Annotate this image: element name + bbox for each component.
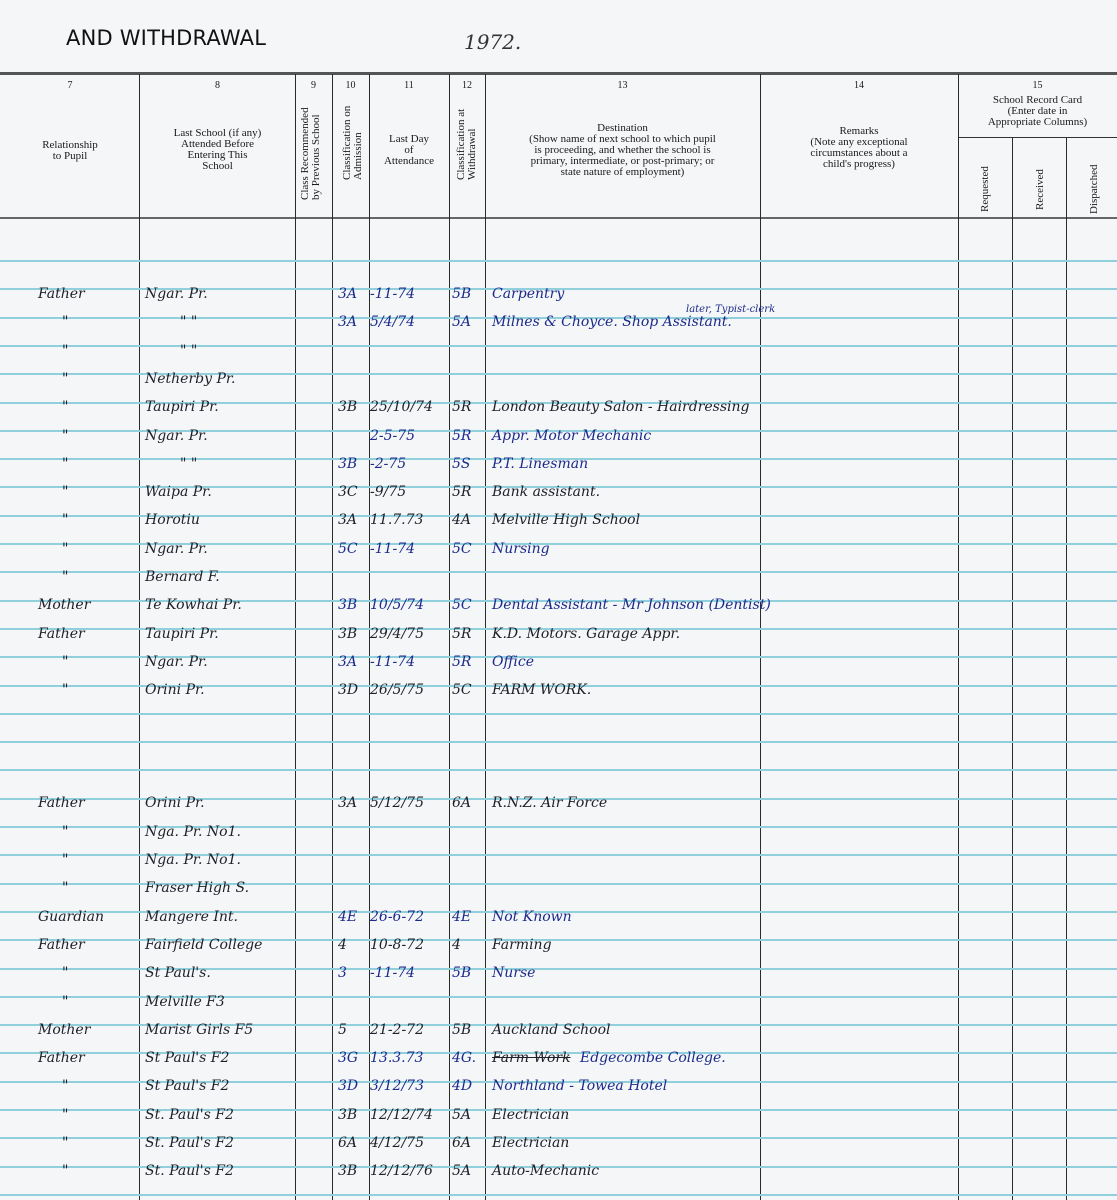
cell-admission: 3A — [338, 314, 357, 330]
cell-destination: K.D. Motors. Garage Appr. — [492, 626, 680, 642]
col-13-number: 13 — [485, 80, 760, 91]
cell-last-school: Melville F3 — [145, 994, 225, 1010]
ruled-line — [0, 260, 1117, 262]
cell-last-school: Orini Pr. — [145, 795, 205, 811]
cell-admission: 3B — [338, 456, 357, 472]
cell-admission: 5C — [338, 541, 358, 557]
cell-relationship: " — [62, 1078, 68, 1094]
header-class-recommended: Class Recommendedby Previous School — [300, 107, 322, 200]
cell-destination: Nursing — [492, 541, 550, 557]
ruled-line — [0, 713, 1117, 715]
cell-admission: 3A — [338, 654, 357, 670]
cell-relationship: " — [62, 541, 68, 557]
ruled-line — [0, 345, 1117, 347]
col-12-number: 12 — [449, 80, 485, 91]
cell-relationship: " — [62, 1107, 68, 1123]
cell-admission: 5 — [338, 1022, 347, 1038]
cell-last-school: Mangere Int. — [145, 909, 238, 925]
cell-last-day: 11.7.73 — [370, 512, 423, 528]
cell-relationship: " — [62, 371, 68, 387]
cell-last-day: 12/12/76 — [370, 1163, 433, 1179]
cell-destination: Farming — [492, 937, 552, 953]
cell-withdrawal: 4 — [452, 937, 461, 953]
header-last-day: Last DayofAttendance — [369, 134, 449, 167]
cell-last-day: -11-74 — [370, 965, 415, 981]
cell-destination: Carpentry — [492, 286, 564, 302]
cell-last-day: 13.3.73 — [370, 1050, 423, 1066]
cell-admission: 3B — [338, 1163, 357, 1179]
cell-admission: 3A — [338, 512, 357, 528]
cell-withdrawal: 5R — [452, 626, 471, 642]
cell-last-school: Taupiri Pr. — [145, 626, 219, 642]
cell-destination: Appr. Motor Mechanic — [492, 428, 651, 444]
cell-withdrawal: 5R — [452, 428, 471, 444]
cell-last-school: Marist Girls F5 — [145, 1022, 253, 1038]
register-page: AND WITHDRAWAL 1972. 7 8 9 10 11 12 13 1… — [0, 0, 1117, 1200]
cell-withdrawal: 4G. — [452, 1050, 476, 1066]
cell-last-school: Waipa Pr. — [145, 484, 212, 500]
col-14-number: 14 — [760, 80, 958, 91]
cell-destination: R.N.Z. Air Force — [492, 795, 607, 811]
cell-destination: P.T. Linesman — [492, 456, 588, 472]
ruled-line — [0, 1194, 1117, 1196]
cell-admission: 3G — [338, 1050, 358, 1066]
cell-destination: Office — [492, 654, 534, 670]
cell-last-day: -11-74 — [370, 541, 415, 557]
cell-destination: Edgecombe College. — [580, 1050, 726, 1066]
cell-relationship: " — [62, 682, 68, 698]
cell-admission: 3A — [338, 286, 357, 302]
cell-last-school: Taupiri Pr. — [145, 399, 219, 415]
cell-last-day: 5/4/74 — [370, 314, 415, 330]
cell-last-school: Horotiu — [145, 512, 200, 528]
col-divider — [958, 74, 959, 1200]
header-relationship: Relationshipto Pupil — [0, 140, 140, 162]
header-classification-admission: Classification onAdmission — [342, 106, 364, 180]
cell-last-day: 25/10/74 — [370, 399, 433, 415]
cell-relationship: " — [62, 343, 68, 359]
cell-admission: 3D — [338, 682, 358, 698]
cell-withdrawal: 5C — [452, 541, 472, 557]
cell-withdrawal: 4E — [452, 909, 471, 925]
col-divider — [449, 74, 450, 1200]
cell-relationship: " — [62, 994, 68, 1010]
col-15-number: 15 — [958, 80, 1117, 91]
cell-last-day: 2-5-75 — [370, 428, 415, 444]
col-divider — [1066, 138, 1067, 1200]
cell-relationship: " — [62, 880, 68, 896]
header-remarks: Remarks(Note any exceptionalcircumstance… — [760, 126, 958, 170]
cell-withdrawal: 6A — [452, 1135, 471, 1151]
cell-last-school: Ngar. Pr. — [145, 654, 208, 670]
cell-destination: Not Known — [492, 909, 572, 925]
cell-last-school: Te Kowhai Pr. — [145, 597, 242, 613]
cell-last-school: Bernard F. — [145, 569, 220, 585]
cell-destination: Auto-Mechanic — [492, 1163, 599, 1179]
cell-withdrawal: 5R — [452, 654, 471, 670]
col-9-number: 9 — [295, 80, 332, 91]
cell-destination: London Beauty Salon - Hairdressing — [492, 399, 750, 415]
cell-relationship: Father — [38, 1050, 85, 1066]
header-received: Received — [1035, 169, 1046, 210]
cell-withdrawal: 5S — [452, 456, 471, 472]
cell-last-day: 10/5/74 — [370, 597, 424, 613]
col-10-number: 10 — [332, 80, 369, 91]
ruled-line — [0, 769, 1117, 771]
cell-relationship: Father — [38, 795, 85, 811]
header-last-school: Last School (if any)Attended BeforeEnter… — [140, 128, 295, 172]
record-card-divider — [958, 137, 1117, 138]
cell-last-school: Ngar. Pr. — [145, 286, 208, 302]
header-destination: Destination(Show name of next school to … — [485, 123, 760, 178]
cell-withdrawal: 5A — [452, 1107, 471, 1123]
col-divider — [1012, 138, 1013, 1200]
header-bottom-border — [0, 217, 1117, 219]
cell-admission: 3B — [338, 597, 357, 613]
cell-withdrawal: 5B — [452, 965, 471, 981]
cell-last-school: Fraser High S. — [145, 880, 249, 896]
cell-last-school: Ngar. Pr. — [145, 541, 208, 557]
col-11-number: 11 — [369, 80, 449, 91]
cell-withdrawal: 5C — [452, 682, 472, 698]
cell-last-school: " " — [180, 314, 197, 330]
header-record-card: School Record Card(Enter date inAppropri… — [958, 95, 1117, 128]
cell-relationship: " — [62, 1135, 68, 1151]
cell-last-day: 21-2-72 — [370, 1022, 424, 1038]
year-annotation: 1972. — [464, 30, 521, 54]
cell-destination: Bank assistant. — [492, 484, 600, 500]
cell-last-school: Nga. Pr. No1. — [145, 824, 241, 840]
cell-withdrawal: 5R — [452, 399, 471, 415]
cell-relationship: Father — [38, 286, 85, 302]
cell-admission: 4E — [338, 909, 357, 925]
cell-relationship: Mother — [38, 1022, 90, 1038]
cell-last-day: -11-74 — [370, 286, 415, 302]
col-divider — [760, 74, 761, 1200]
cell-last-school: St. Paul's F2 — [145, 1107, 234, 1123]
cell-last-school: Orini Pr. — [145, 682, 205, 698]
col-divider — [139, 74, 140, 1200]
cell-last-school: St Paul's. — [145, 965, 211, 981]
header-classification-withdrawal: Classification atWithdrawal — [456, 109, 478, 180]
cell-admission: 4 — [338, 937, 347, 953]
cell-last-school: Ngar. Pr. — [145, 428, 208, 444]
cell-destination: Electrician — [492, 1135, 569, 1151]
cell-last-day: 4/12/75 — [370, 1135, 424, 1151]
cell-withdrawal: 4A — [452, 512, 471, 528]
cell-relationship: " — [62, 824, 68, 840]
cell-last-day: 12/12/74 — [370, 1107, 433, 1123]
cell-relationship: Guardian — [38, 909, 104, 925]
cell-admission: 3 — [338, 965, 347, 981]
cell-admission: 6A — [338, 1135, 357, 1151]
cell-withdrawal: 5A — [452, 314, 471, 330]
cell-withdrawal: 4D — [452, 1078, 472, 1094]
cell-last-school: Fairfield College — [145, 937, 262, 953]
cell-relationship: " — [62, 1163, 68, 1179]
cell-relationship: " — [62, 965, 68, 981]
cell-destination-struck: Farm Work — [492, 1050, 571, 1066]
col-divider — [332, 74, 333, 1200]
cell-destination: FARM WORK. — [492, 682, 591, 698]
page-title: AND WITHDRAWAL — [66, 26, 266, 50]
cell-last-school: " " — [180, 456, 197, 472]
cell-admission: 3B — [338, 399, 357, 415]
cell-last-day: 26/5/75 — [370, 682, 424, 698]
cell-last-school: " " — [180, 343, 197, 359]
cell-last-school: St Paul's F2 — [145, 1078, 229, 1094]
cell-admission: 3B — [338, 626, 357, 642]
cell-last-day: -2-75 — [370, 456, 406, 472]
cell-last-school: Netherby Pr. — [145, 371, 236, 387]
cell-destination: Electrician — [492, 1107, 569, 1123]
cell-admission: 3D — [338, 1078, 358, 1094]
header-requested: Requested — [980, 166, 991, 212]
cell-withdrawal: 6A — [452, 795, 471, 811]
cell-relationship: " — [62, 428, 68, 444]
cell-last-school: St. Paul's F2 — [145, 1163, 234, 1179]
cell-relationship: " — [62, 456, 68, 472]
cell-relationship: " — [62, 484, 68, 500]
cell-withdrawal: 5C — [452, 597, 472, 613]
cell-relationship: " — [62, 512, 68, 528]
cell-last-day: -11-74 — [370, 654, 415, 670]
col-divider — [295, 74, 296, 1200]
cell-last-day: 5/12/75 — [370, 795, 424, 811]
cell-last-day: 26-6-72 — [370, 909, 424, 925]
col-8-number: 8 — [140, 80, 295, 91]
cell-destination: Dental Assistant - Mr Johnson (Dentist) — [492, 597, 771, 613]
header-dispatched: Dispatched — [1089, 165, 1100, 214]
cell-admission: 3C — [338, 484, 358, 500]
top-border — [0, 72, 1117, 75]
cell-destination: Northland - Towea Hotel — [492, 1078, 667, 1094]
cell-last-day: 29/4/75 — [370, 626, 424, 642]
cell-last-school: St. Paul's F2 — [145, 1135, 234, 1151]
cell-withdrawal: 5A — [452, 1163, 471, 1179]
cell-relationship: " — [62, 569, 68, 585]
cell-admission: 3A — [338, 795, 357, 811]
cell-withdrawal: 5B — [452, 1022, 471, 1038]
cell-relationship: " — [62, 852, 68, 868]
cell-destination: Melville High School — [492, 512, 640, 528]
ruled-line — [0, 741, 1117, 743]
cell-relationship: " — [62, 314, 68, 330]
cell-last-school: St Paul's F2 — [145, 1050, 229, 1066]
col-divider — [485, 74, 486, 1200]
cell-withdrawal: 5R — [452, 484, 471, 500]
cell-destination: Auckland School — [492, 1022, 611, 1038]
cell-relationship: " — [62, 654, 68, 670]
cell-last-day: 10-8-72 — [370, 937, 424, 953]
cell-relationship: Mother — [38, 597, 90, 613]
cell-withdrawal: 5B — [452, 286, 471, 302]
cell-last-day: 3/12/73 — [370, 1078, 424, 1094]
cell-destination: Nurse — [492, 965, 535, 981]
cell-destination-note: later, Typist-clerk — [686, 302, 775, 318]
cell-last-day: -9/75 — [370, 484, 406, 500]
cell-admission: 3B — [338, 1107, 357, 1123]
cell-last-school: Nga. Pr. No1. — [145, 852, 241, 868]
cell-relationship: Father — [38, 626, 85, 642]
cell-relationship: Father — [38, 937, 85, 953]
cell-relationship: " — [62, 399, 68, 415]
col-7-number: 7 — [0, 80, 140, 91]
